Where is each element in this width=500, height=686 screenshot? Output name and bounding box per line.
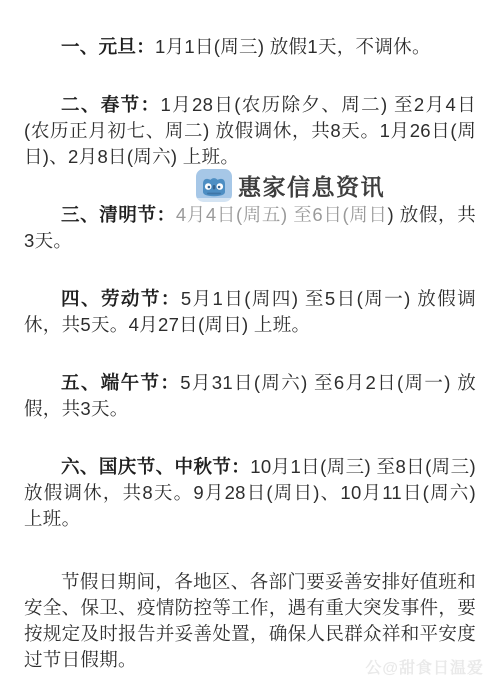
holiday-body-text: 1月1日(周三) 放假1天，不调休。 bbox=[155, 36, 431, 57]
document-body: 一、元旦：1月1日(周三) 放假1天，不调休。 二、春节：1月28日(农历除夕、… bbox=[24, 34, 476, 673]
holiday-heading: 四、劳动节： bbox=[61, 288, 181, 309]
channel-watermark-label: 惠家信息资讯 bbox=[238, 169, 385, 202]
holiday-heading: 一、元旦： bbox=[61, 36, 155, 57]
holiday-paragraph: 五、端午节：5月31日(周六) 至6月2日(周一) 放假，共3天。 bbox=[24, 370, 476, 422]
holiday-paragraph: 四、劳动节：5月1日(周四) 至5日(周一) 放假调休，共5天。4月27日(周日… bbox=[24, 286, 476, 338]
holiday-heading: 六、国庆节、中秋节： bbox=[61, 456, 250, 477]
holiday-notice-page: 一、元旦：1月1日(周三) 放假1天，不调休。 二、春节：1月28日(农历除夕、… bbox=[0, 0, 500, 686]
corner-watermark-text: 公@甜食日温爱 bbox=[365, 655, 484, 678]
holiday-paragraph: 二、春节：1月28日(农历除夕、周二) 至2月4日(农历正月初七、周二) 放假调… bbox=[24, 92, 476, 170]
holiday-paragraph: 一、元旦：1月1日(周三) 放假1天，不调休。 bbox=[24, 34, 476, 60]
holiday-paragraph: 六、国庆节、中秋节：10月1日(周三) 至8日(周三) 放假调休，共8天。9月2… bbox=[24, 454, 476, 532]
robot-logo-icon bbox=[196, 169, 232, 202]
holiday-heading: 三、清明节： bbox=[61, 204, 176, 225]
holiday-heading: 五、端午节： bbox=[61, 372, 180, 393]
holiday-heading: 二、春节： bbox=[61, 94, 160, 115]
holiday-paragraph: 三、清明节：4月4日(周五) 至6日(周日) 放假，共3天。 bbox=[24, 202, 476, 254]
channel-watermark: 惠家信息资讯 bbox=[196, 169, 385, 202]
